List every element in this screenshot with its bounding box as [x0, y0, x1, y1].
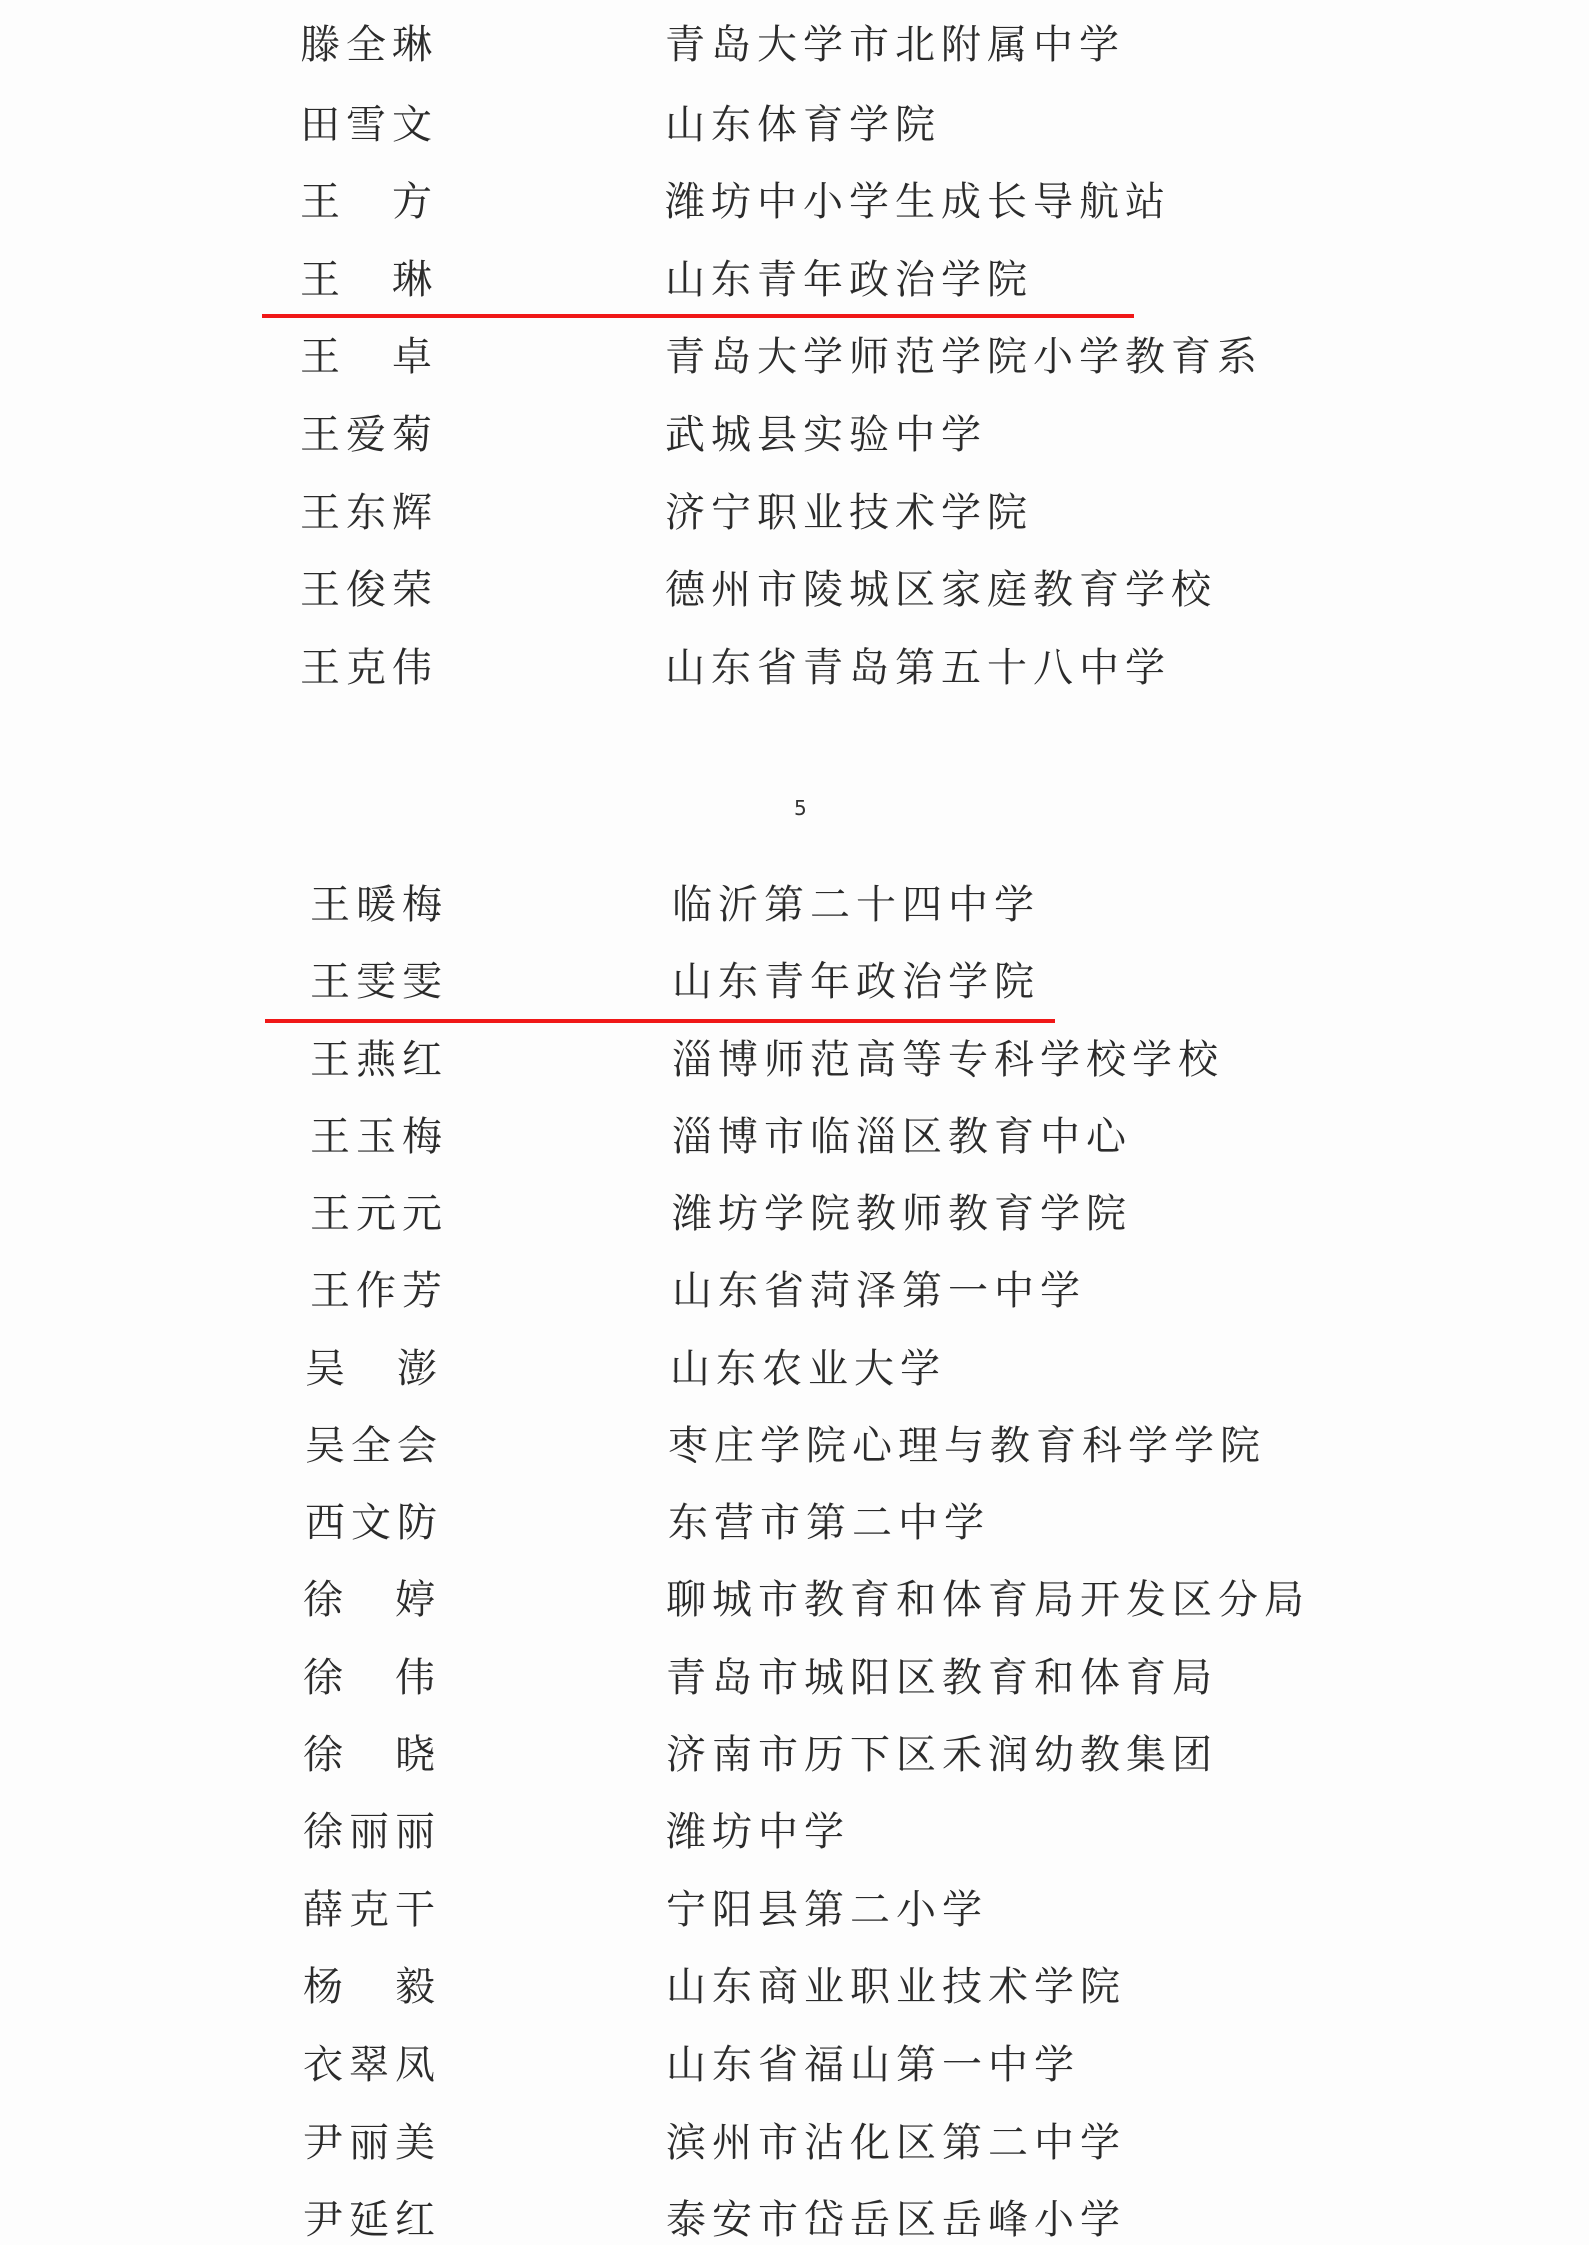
- person-name: 王东辉: [300, 483, 500, 543]
- organization: 山东省青岛第五十八中学: [665, 638, 1171, 698]
- organization: 泰安市岱岳区岳峰小学: [666, 2190, 1126, 2245]
- person-name: 吴 澎: [305, 1339, 505, 1399]
- person-name: 王俊荣: [300, 560, 500, 620]
- person-name: 王 琳: [300, 250, 500, 310]
- organization: 潍坊学院教师教育学院: [672, 1184, 1132, 1244]
- person-name: 徐 伟: [303, 1648, 503, 1708]
- organization: 山东省福山第一中学: [666, 2035, 1080, 2095]
- organization: 淄博市临淄区教育中心: [672, 1107, 1132, 1167]
- person-name: 王玉梅: [310, 1107, 510, 1167]
- organization: 青岛市城阳区教育和体育局: [666, 1648, 1218, 1708]
- person-name: 王克伟: [300, 638, 500, 698]
- person-name: 薛克干: [303, 1880, 503, 1940]
- person-name: 王 方: [300, 172, 500, 232]
- person-name: 田雪文: [300, 95, 500, 155]
- organization: 枣庄学院心理与教育科学学院: [668, 1416, 1266, 1476]
- person-name: 西文防: [305, 1493, 505, 1553]
- document-page: 滕全琳 青岛大学市北附属中学 田雪文 山东体育学院 王 方 潍坊中小学生成长导航…: [0, 0, 1589, 2245]
- organization: 青岛大学市北附属中学: [665, 15, 1125, 75]
- person-name: 吴全会: [305, 1416, 505, 1476]
- red-underline: [262, 314, 1134, 318]
- organization: 潍坊中小学生成长导航站: [665, 172, 1171, 232]
- organization: 德州市陵城区家庭教育学校: [665, 560, 1217, 620]
- organization: 山东商业职业技术学院: [666, 1957, 1126, 2017]
- organization: 滨州市沾化区第二中学: [666, 2113, 1126, 2173]
- organization: 东营市第二中学: [668, 1493, 990, 1553]
- organization: 济宁职业技术学院: [665, 483, 1033, 543]
- page-number: 5: [794, 796, 807, 820]
- person-name: 徐丽丽: [303, 1802, 503, 1862]
- person-name: 徐 晓: [303, 1725, 503, 1785]
- person-name: 尹延红: [303, 2190, 503, 2245]
- red-underline: [265, 1019, 1055, 1023]
- person-name: 杨 毅: [303, 1957, 503, 2017]
- person-name: 王 卓: [300, 327, 500, 387]
- organization: 青岛大学师范学院小学教育系: [665, 327, 1263, 387]
- person-name: 王雯雯: [310, 952, 510, 1012]
- organization: 宁阳县第二小学: [666, 1880, 988, 1940]
- person-name: 衣翠凤: [303, 2035, 503, 2095]
- organization: 山东农业大学: [670, 1339, 946, 1399]
- person-name: 王爱菊: [300, 405, 500, 465]
- person-name: 尹丽美: [303, 2113, 503, 2173]
- organization: 武城县实验中学: [665, 405, 987, 465]
- organization: 聊城市教育和体育局开发区分局: [666, 1570, 1310, 1630]
- organization: 临沂第二十四中学: [672, 875, 1040, 935]
- person-name: 徐 婷: [303, 1570, 503, 1630]
- person-name: 王暖梅: [310, 875, 510, 935]
- organization: 山东青年政治学院: [665, 250, 1033, 310]
- person-name: 滕全琳: [300, 15, 500, 75]
- organization: 山东省菏泽第一中学: [672, 1261, 1086, 1321]
- person-name: 王元元: [310, 1184, 510, 1244]
- organization: 淄博师范高等专科学校学校: [672, 1030, 1224, 1090]
- organization: 山东青年政治学院: [672, 952, 1040, 1012]
- person-name: 王燕红: [310, 1030, 510, 1090]
- person-name: 王作芳: [310, 1261, 510, 1321]
- organization: 潍坊中学: [666, 1802, 850, 1862]
- organization: 济南市历下区禾润幼教集团: [666, 1725, 1218, 1785]
- organization: 山东体育学院: [665, 95, 941, 155]
